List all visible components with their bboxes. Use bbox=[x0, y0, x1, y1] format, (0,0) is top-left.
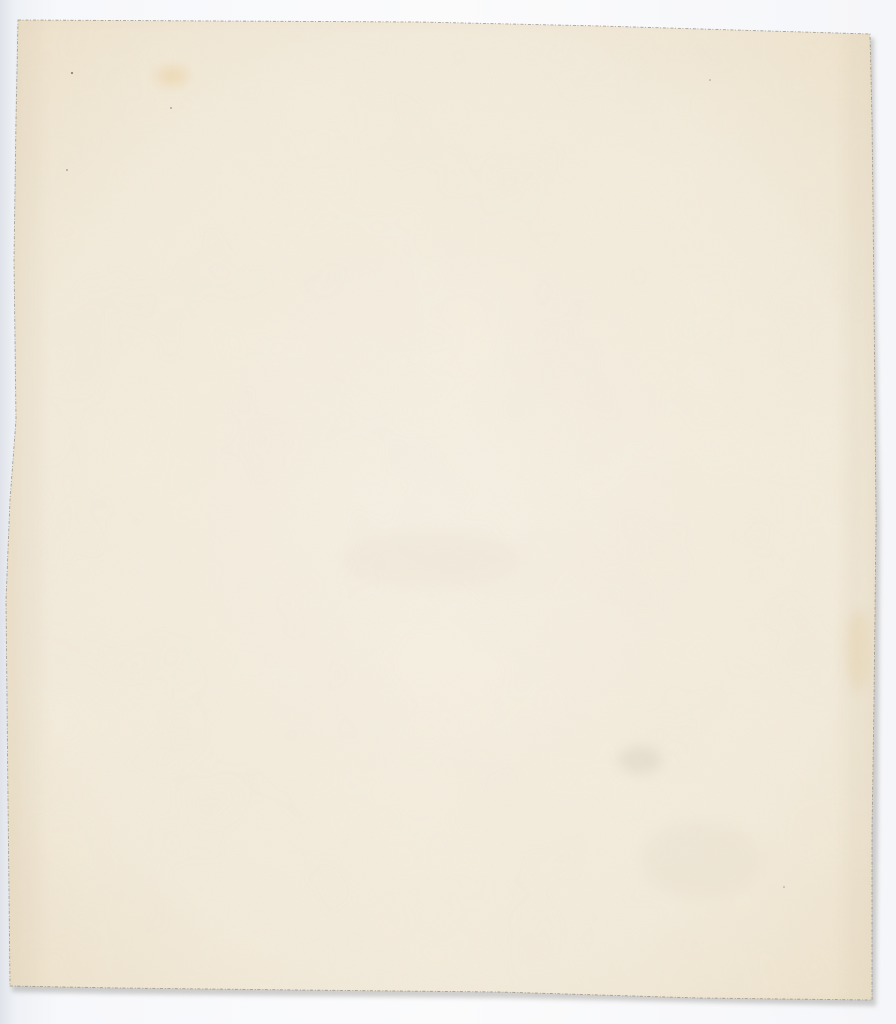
paper-sheet bbox=[0, 0, 896, 1024]
stain-bottom-right bbox=[618, 746, 662, 774]
stain-top-left bbox=[156, 67, 188, 85]
